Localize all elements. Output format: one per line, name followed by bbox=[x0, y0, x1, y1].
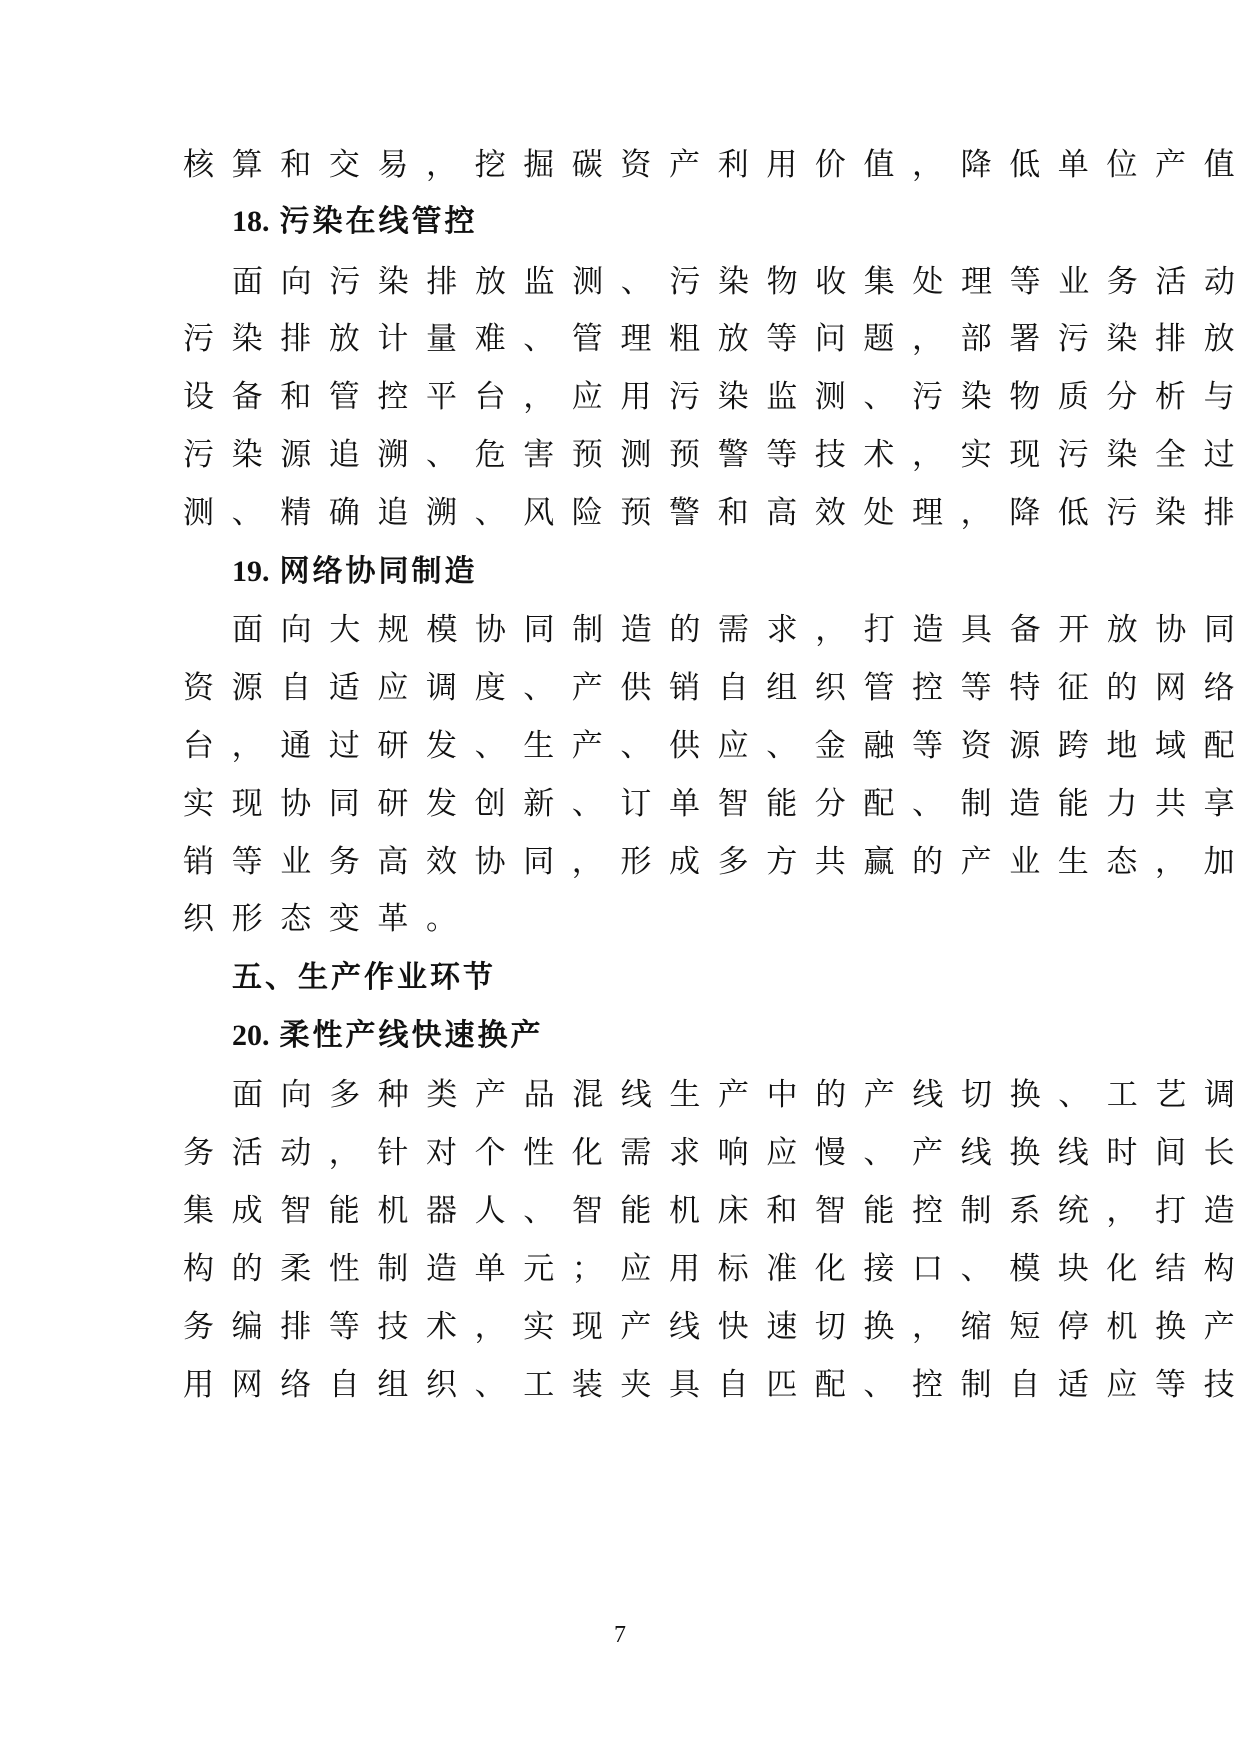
paragraph-line: 实现协同研发创新、订单智能分配、制造能力共享、集采集 bbox=[183, 775, 1063, 833]
page-number: 7 bbox=[0, 1622, 1240, 1649]
paragraph-line: 构的柔性制造单元；应用标准化接口、模块化结构、智能任 bbox=[183, 1240, 1063, 1298]
paragraph-line: 务编排等技术，实现产线快速切换，缩短停机换产时间；应 bbox=[183, 1298, 1063, 1356]
paragraph-line: 资源自适应调度、产供销自组织管控等特征的网络化协同平 bbox=[183, 659, 1063, 717]
paragraph-line: 面向大规模协同制造的需求，打造具备开放协同创新、 bbox=[232, 601, 1063, 659]
paragraph-line: 面向污染排放监测、污染物收集处理等业务活动，针对 bbox=[232, 253, 1063, 311]
heading-number: 20. bbox=[232, 1019, 270, 1052]
paragraph-line: 测、精确追溯、风险预警和高效处理，降低污染排放水平。 bbox=[183, 484, 1063, 542]
paragraph-line: 台，通过研发、生产、供应、金融等资源跨地域配置优化， bbox=[183, 717, 1063, 775]
section-heading: 五、生产作业环节 bbox=[232, 949, 1063, 1007]
paragraph-line: 面向多种类产品混线生产中的产线切换、工艺调整等业 bbox=[232, 1066, 1063, 1124]
paragraph-line: 污染源追溯、危害预测预警等技术，实现污染全过程动态监 bbox=[183, 426, 1063, 484]
heading-number: 18. bbox=[232, 205, 270, 238]
paragraph-line: 织形态变革。 bbox=[183, 890, 1063, 948]
heading-number: 19. bbox=[232, 555, 270, 588]
heading-title: 污染在线管控 bbox=[280, 204, 478, 239]
heading-title: 柔性产线快速换产 bbox=[280, 1018, 544, 1053]
paragraph-line: 务活动，针对个性化需求响应慢、产线换线时间长等问题， bbox=[183, 1124, 1063, 1182]
paragraph-line: 销等业务高效协同，形成多方共赢的产业生态，加速产业组 bbox=[183, 833, 1063, 891]
heading-19: 19.网络协同制造 bbox=[232, 543, 1063, 601]
heading-18: 18.污染在线管控 bbox=[232, 193, 1063, 251]
paragraph-line: 设备和管控平台，应用污染监测、污染物质分析与治理优化、 bbox=[183, 368, 1063, 426]
paragraph-line: 集成智能机器人、智能机床和智能控制系统，打造工艺可重 bbox=[183, 1182, 1063, 1240]
paragraph-line: 核算和交易，挖掘碳资产利用价值，降低单位产值碳排放量。 bbox=[183, 136, 1063, 194]
paragraph-line: 用网络自组织、工装夹具自匹配、控制自适应等技术，实现 bbox=[183, 1356, 1063, 1414]
document-page: 核算和交易，挖掘碳资产利用价值，降低单位产值碳排放量。 18.污染在线管控 面向… bbox=[0, 0, 1240, 1753]
paragraph-line: 污染排放计量难、管理粗放等问题，部署污染排放在线采集 bbox=[183, 310, 1063, 368]
heading-20: 20.柔性产线快速换产 bbox=[232, 1007, 1063, 1065]
heading-title: 网络协同制造 bbox=[280, 554, 478, 589]
